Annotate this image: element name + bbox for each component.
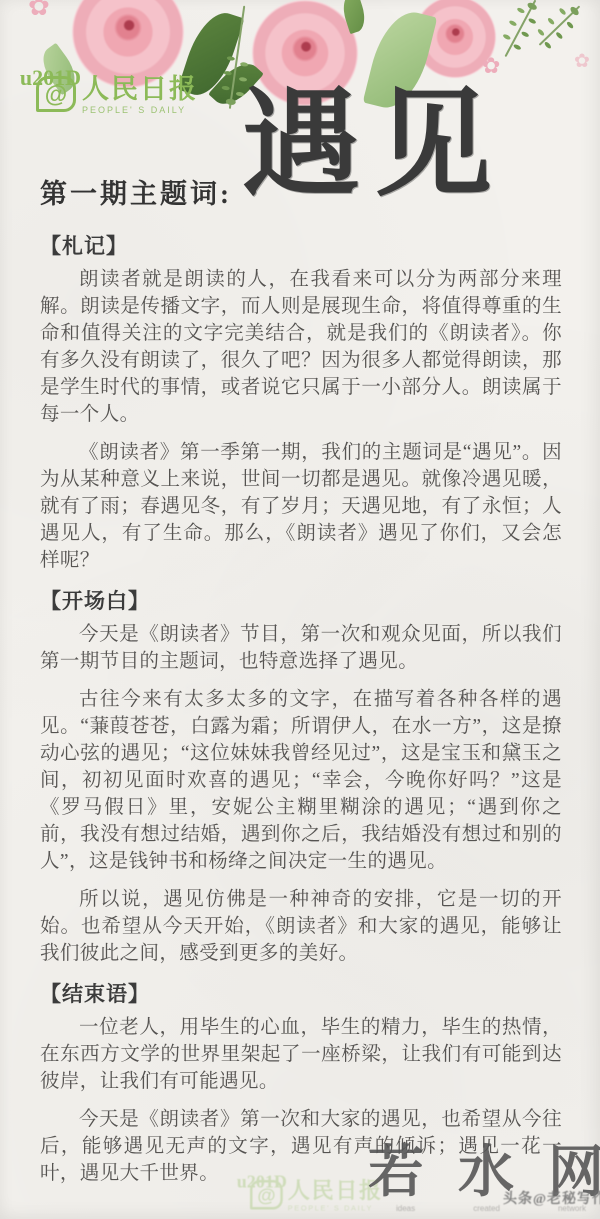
page-title: 遇见 <box>242 84 506 208</box>
paragraph: 所以说，遇见仿佛是一种神奇的安排，它是一切的开始。也希望从今天开始，《朗读者》和… <box>40 886 562 967</box>
at-bubble-icon: @ <box>250 1180 283 1210</box>
paragraph: 《朗读者》第一季第一期，我们的主题词是“遇见”。因为从某种意义上来说，世间一切都… <box>40 439 562 574</box>
paragraph: 一位老人，用毕生的心血，毕生的精力，毕生的热情，在东西方文学的世界里架起了一座桥… <box>40 1014 562 1095</box>
watermark-caption: ideas created network <box>396 1204 586 1213</box>
at-bubble-icon: @ <box>36 76 76 112</box>
section-opening: 【开场白】 今天是《朗读者》节目，第一次和观众见面，所以我们第一期节目的主题词，… <box>40 585 562 967</box>
paragraph: 古往今来有太多太多的文字，在描写着各种各样的遇见。“蒹葭苍苍，白露为霜；所谓伊人… <box>40 686 562 875</box>
peoples-daily-logo: @ 人民日报 PEOPLE' S DAILY <box>36 76 198 115</box>
section-notes: 【札记】 朗读者就是朗读的人，在我看来可以分为两部分来理解。朗读是传播文字，而人… <box>40 230 562 574</box>
fern-sprig-icon <box>536 3 576 42</box>
section-heading: 【结束语】 <box>40 978 562 1008</box>
paragraph: 今天是《朗读者》节目，第一次和观众见面，所以我们第一期节目的主题词，也特意选择了… <box>40 621 562 675</box>
blossom-icon: ✿ <box>574 50 590 72</box>
scanned-document-page: ✿ ✿ ✿ @ 人民日报 PEOPLE' S DAILY 第一期主题词: 遇见 … <box>0 0 600 1219</box>
logo-name: 人民日报 <box>82 76 198 103</box>
blossom-icon: ✿ <box>28 0 50 22</box>
document-body: 【札记】 朗读者就是朗读的人，在我看来可以分为两部分来理解。朗读是传播文字，而人… <box>40 230 562 1198</box>
logo-subtitle: PEOPLE' S DAILY <box>82 106 198 115</box>
blossom-icon: ✿ <box>482 54 500 79</box>
caption-word: network <box>558 1204 586 1213</box>
section-heading: 【札记】 <box>40 230 562 260</box>
paragraph: 朗读者就是朗读的人，在我看来可以分为两部分来理解。朗读是传播文字，而人则是展现生… <box>40 266 562 428</box>
section-heading: 【开场白】 <box>40 585 562 615</box>
fern-sprig-icon <box>501 0 531 54</box>
caption-word: created <box>473 1204 500 1213</box>
caption-word: ideas <box>396 1204 415 1213</box>
logo-subtitle: PEOPLE' S DAILY <box>288 1205 383 1212</box>
peoples-daily-logo-faded: @ 人民日报 PEOPLE' S DAILY <box>250 1180 383 1212</box>
theme-label: 第一期主题词: <box>40 172 232 211</box>
